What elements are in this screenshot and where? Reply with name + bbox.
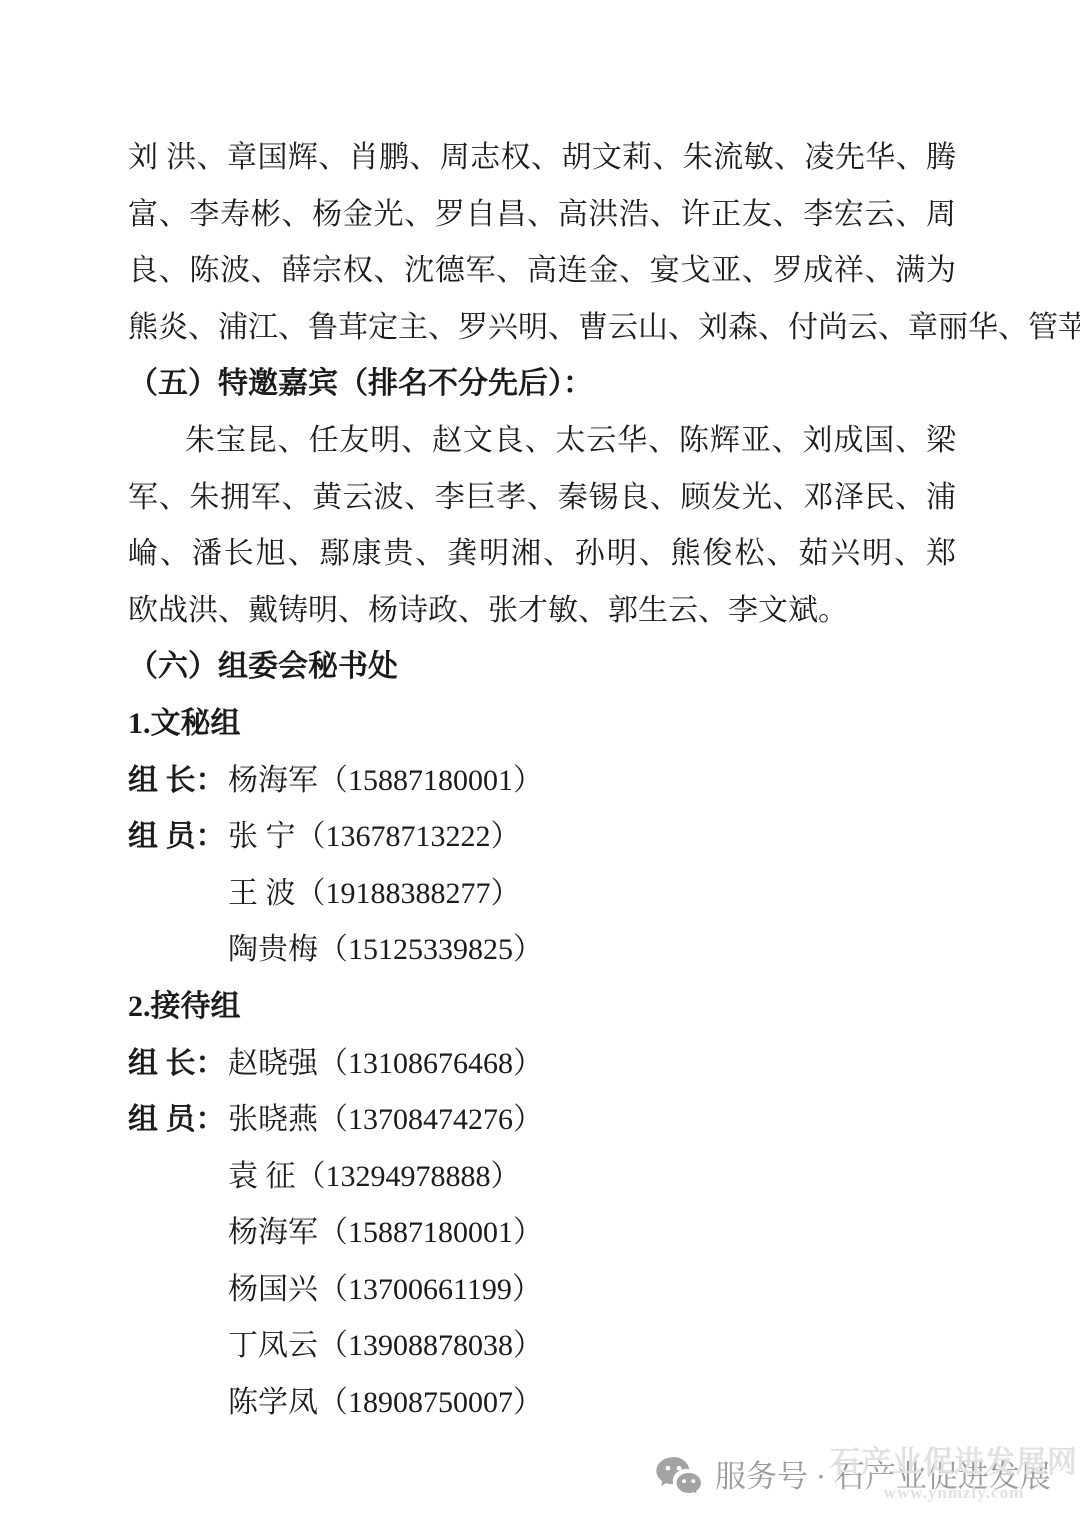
group-title-reception: 2.接待组 <box>128 979 956 1036</box>
leader-label: 组 长： <box>128 753 228 810</box>
wechat-icon <box>655 1455 703 1499</box>
member-row: 组 员：张晓燕（13708474276） <box>128 1092 956 1149</box>
name-list-line: 崘、潘长旭、鄢康贵、龚明湘、孙明、熊俊松、茹兴明、郑强、莫惠昌、 <box>128 526 956 583</box>
group-title-secretary: 1.文秘组 <box>128 696 956 753</box>
member-name-phone: 张晓燕（13708474276） <box>228 1103 543 1136</box>
name-list-line: 军、朱拥军、黄云波、李巨孝、秦锡良、顾发光、邓泽民、浦龙思、童荣 <box>128 470 956 527</box>
name-list-line: 富、李寿彬、杨金光、罗自昌、高洪浩、许正友、李宏云、周利剑、魏德 <box>128 187 956 244</box>
name-list-line: 欧战洪、戴铸明、杨诗政、张才敏、郭生云、李文斌。 <box>128 583 956 640</box>
name-list-line: 熊炎、浦江、鲁茸定主、罗兴明、曹云山、刘森、付尚云、章丽华、管苹。 <box>128 300 956 357</box>
leader-name-phone: 杨海军（15887180001） <box>228 764 543 797</box>
member-name-phone: 张 宁（13678713222） <box>228 820 521 853</box>
leader-label: 组 长： <box>128 1036 228 1093</box>
member-label: 组 员： <box>128 809 228 866</box>
name-list-line: 良、陈波、薛宗权、沈德军、高连金、宴戈亚、罗成祥、满为毕、凌征德、 <box>128 243 956 300</box>
leader-row: 组 长：杨海军（15887180001） <box>128 753 956 810</box>
document-page: 刘 洪、章国辉、肖鹏、周志权、胡文莉、朱流敏、凌先华、腾传伟、陈德 富、李寿彬、… <box>0 0 1080 1527</box>
member-row: 袁 征（13294978888） <box>128 1149 956 1206</box>
member-row: 组 员：张 宁（13678713222） <box>128 809 956 866</box>
name-list-line: 刘 洪、章国辉、肖鹏、周志权、胡文莉、朱流敏、凌先华、腾传伟、陈德 <box>128 130 956 187</box>
member-row: 杨海军（15887180001） <box>128 1205 956 1262</box>
member-row: 丁凤云（13908878038） <box>128 1318 956 1375</box>
member-label: 组 员： <box>128 1092 228 1149</box>
service-account-text: 服务号 · 石产业促进发展 <box>715 1452 1051 1502</box>
document-body: 刘 洪、章国辉、肖鹏、周志权、胡文莉、朱流敏、凌先华、腾传伟、陈德 富、李寿彬、… <box>128 130 956 1432</box>
member-row: 陶贵梅（15125339825） <box>128 922 956 979</box>
name-list-line: 朱宝昆、任友明、赵文良、太云华、陈辉亚、刘成国、梁成刚、董学 <box>128 413 956 470</box>
leader-row: 组 长：赵晓强（13108676468） <box>128 1036 956 1093</box>
member-row: 杨国兴（13700661199） <box>128 1262 956 1319</box>
member-row: 陈学凤（18908750007） <box>128 1375 956 1432</box>
section-heading-special-guests: （五）特邀嘉宾（排名不分先后）： <box>128 356 956 413</box>
section-heading-secretariat: （六）组委会秘书处 <box>128 639 956 696</box>
service-account-badge[interactable]: 服务号 · 石产业促进发展 <box>655 1452 1051 1502</box>
member-row: 王 波（19188388277） <box>128 866 956 923</box>
leader-name-phone: 赵晓强（13108676468） <box>228 1047 543 1080</box>
